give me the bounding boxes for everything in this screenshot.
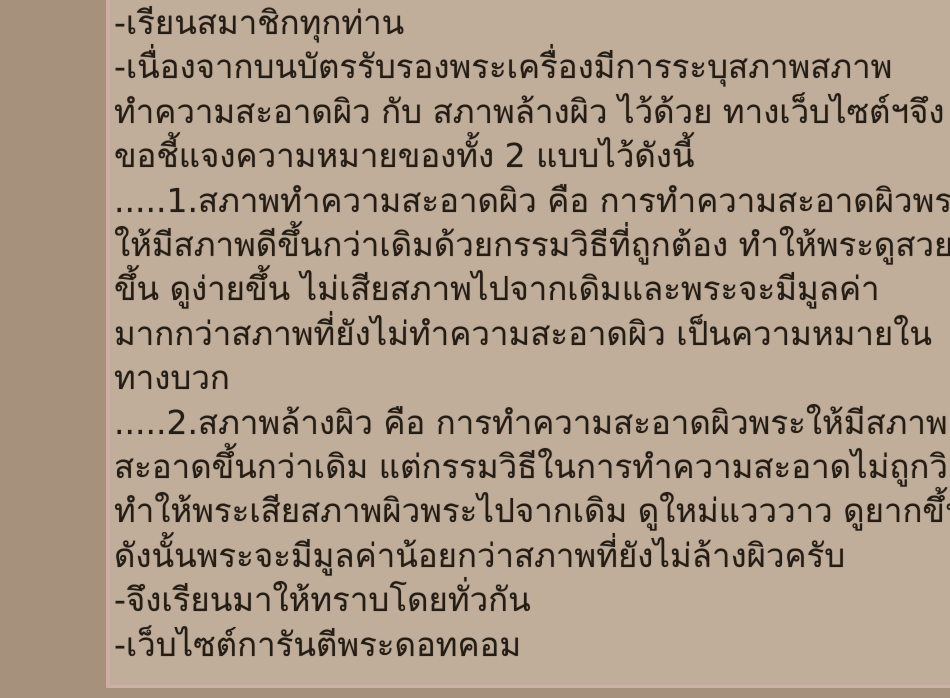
text-line-item1-2: ให้มีสภาพดีขึ้นกว่าเดิมด้วยกรรมวิธีที่ถู… bbox=[114, 223, 944, 267]
text-line-item2-1: .....2.สภาพล้างผิว คือ การทำความสะอาดผิว… bbox=[114, 401, 944, 445]
text-line-greeting: -เรียนสมาชิกทุกท่าน bbox=[114, 1, 944, 45]
text-line-item1-4: มากกว่าสภาพที่ยังไม่ทำความสะอาดผิว เป็นค… bbox=[114, 312, 944, 356]
text-line-item2-3: ทำให้พระเสียสภาพผิวพระไปจากเดิม ดูใหม่แว… bbox=[114, 489, 944, 533]
notice-text: -เรียนสมาชิกทุกท่าน -เนื่องจากบนบัตรรับร… bbox=[110, 0, 950, 688]
text-line-intro-1: -เนื่องจากบนบัตรรับรองพระเครื่องมีการระบ… bbox=[114, 45, 944, 89]
text-line-item1-3: ขึ้น ดูง่ายขึ้น ไม่เสียสภาพไปจากเดิมและพ… bbox=[114, 267, 944, 311]
text-line-closing: -จึงเรียนมาให้ทราบโดยทั่วกัน bbox=[114, 578, 944, 622]
text-line-item2-2: สะอาดขึ้นกว่าเดิม แต่กรรมวิธีในการทำความ… bbox=[114, 445, 944, 489]
notice-screen: -เรียนสมาชิกทุกท่าน -เนื่องจากบนบัตรรับร… bbox=[0, 0, 950, 698]
text-line-intro-2: ทำความสะอาดผิว กับ สภาพล้างผิว ไว้ด้วย ท… bbox=[114, 90, 944, 134]
text-line-signature: -เว็บไซต์การันตีพระดอทคอม bbox=[114, 623, 944, 667]
text-line-item1-5: ทางบวก bbox=[114, 356, 944, 400]
text-line-item2-4: ดังนั้นพระจะมีมูลค่าน้อยกว่าสภาพที่ยังไม… bbox=[114, 534, 944, 578]
text-line-item1-1: .....1.สภาพทำความสะอาดผิว คือ การทำความส… bbox=[114, 179, 944, 223]
text-line-intro-3: ขอชี้แจงความหมายของทั้ง 2 แบบไว้ดังนี้ bbox=[114, 134, 944, 178]
left-matte-strip bbox=[0, 0, 106, 698]
bottom-matte-strip bbox=[106, 688, 950, 698]
